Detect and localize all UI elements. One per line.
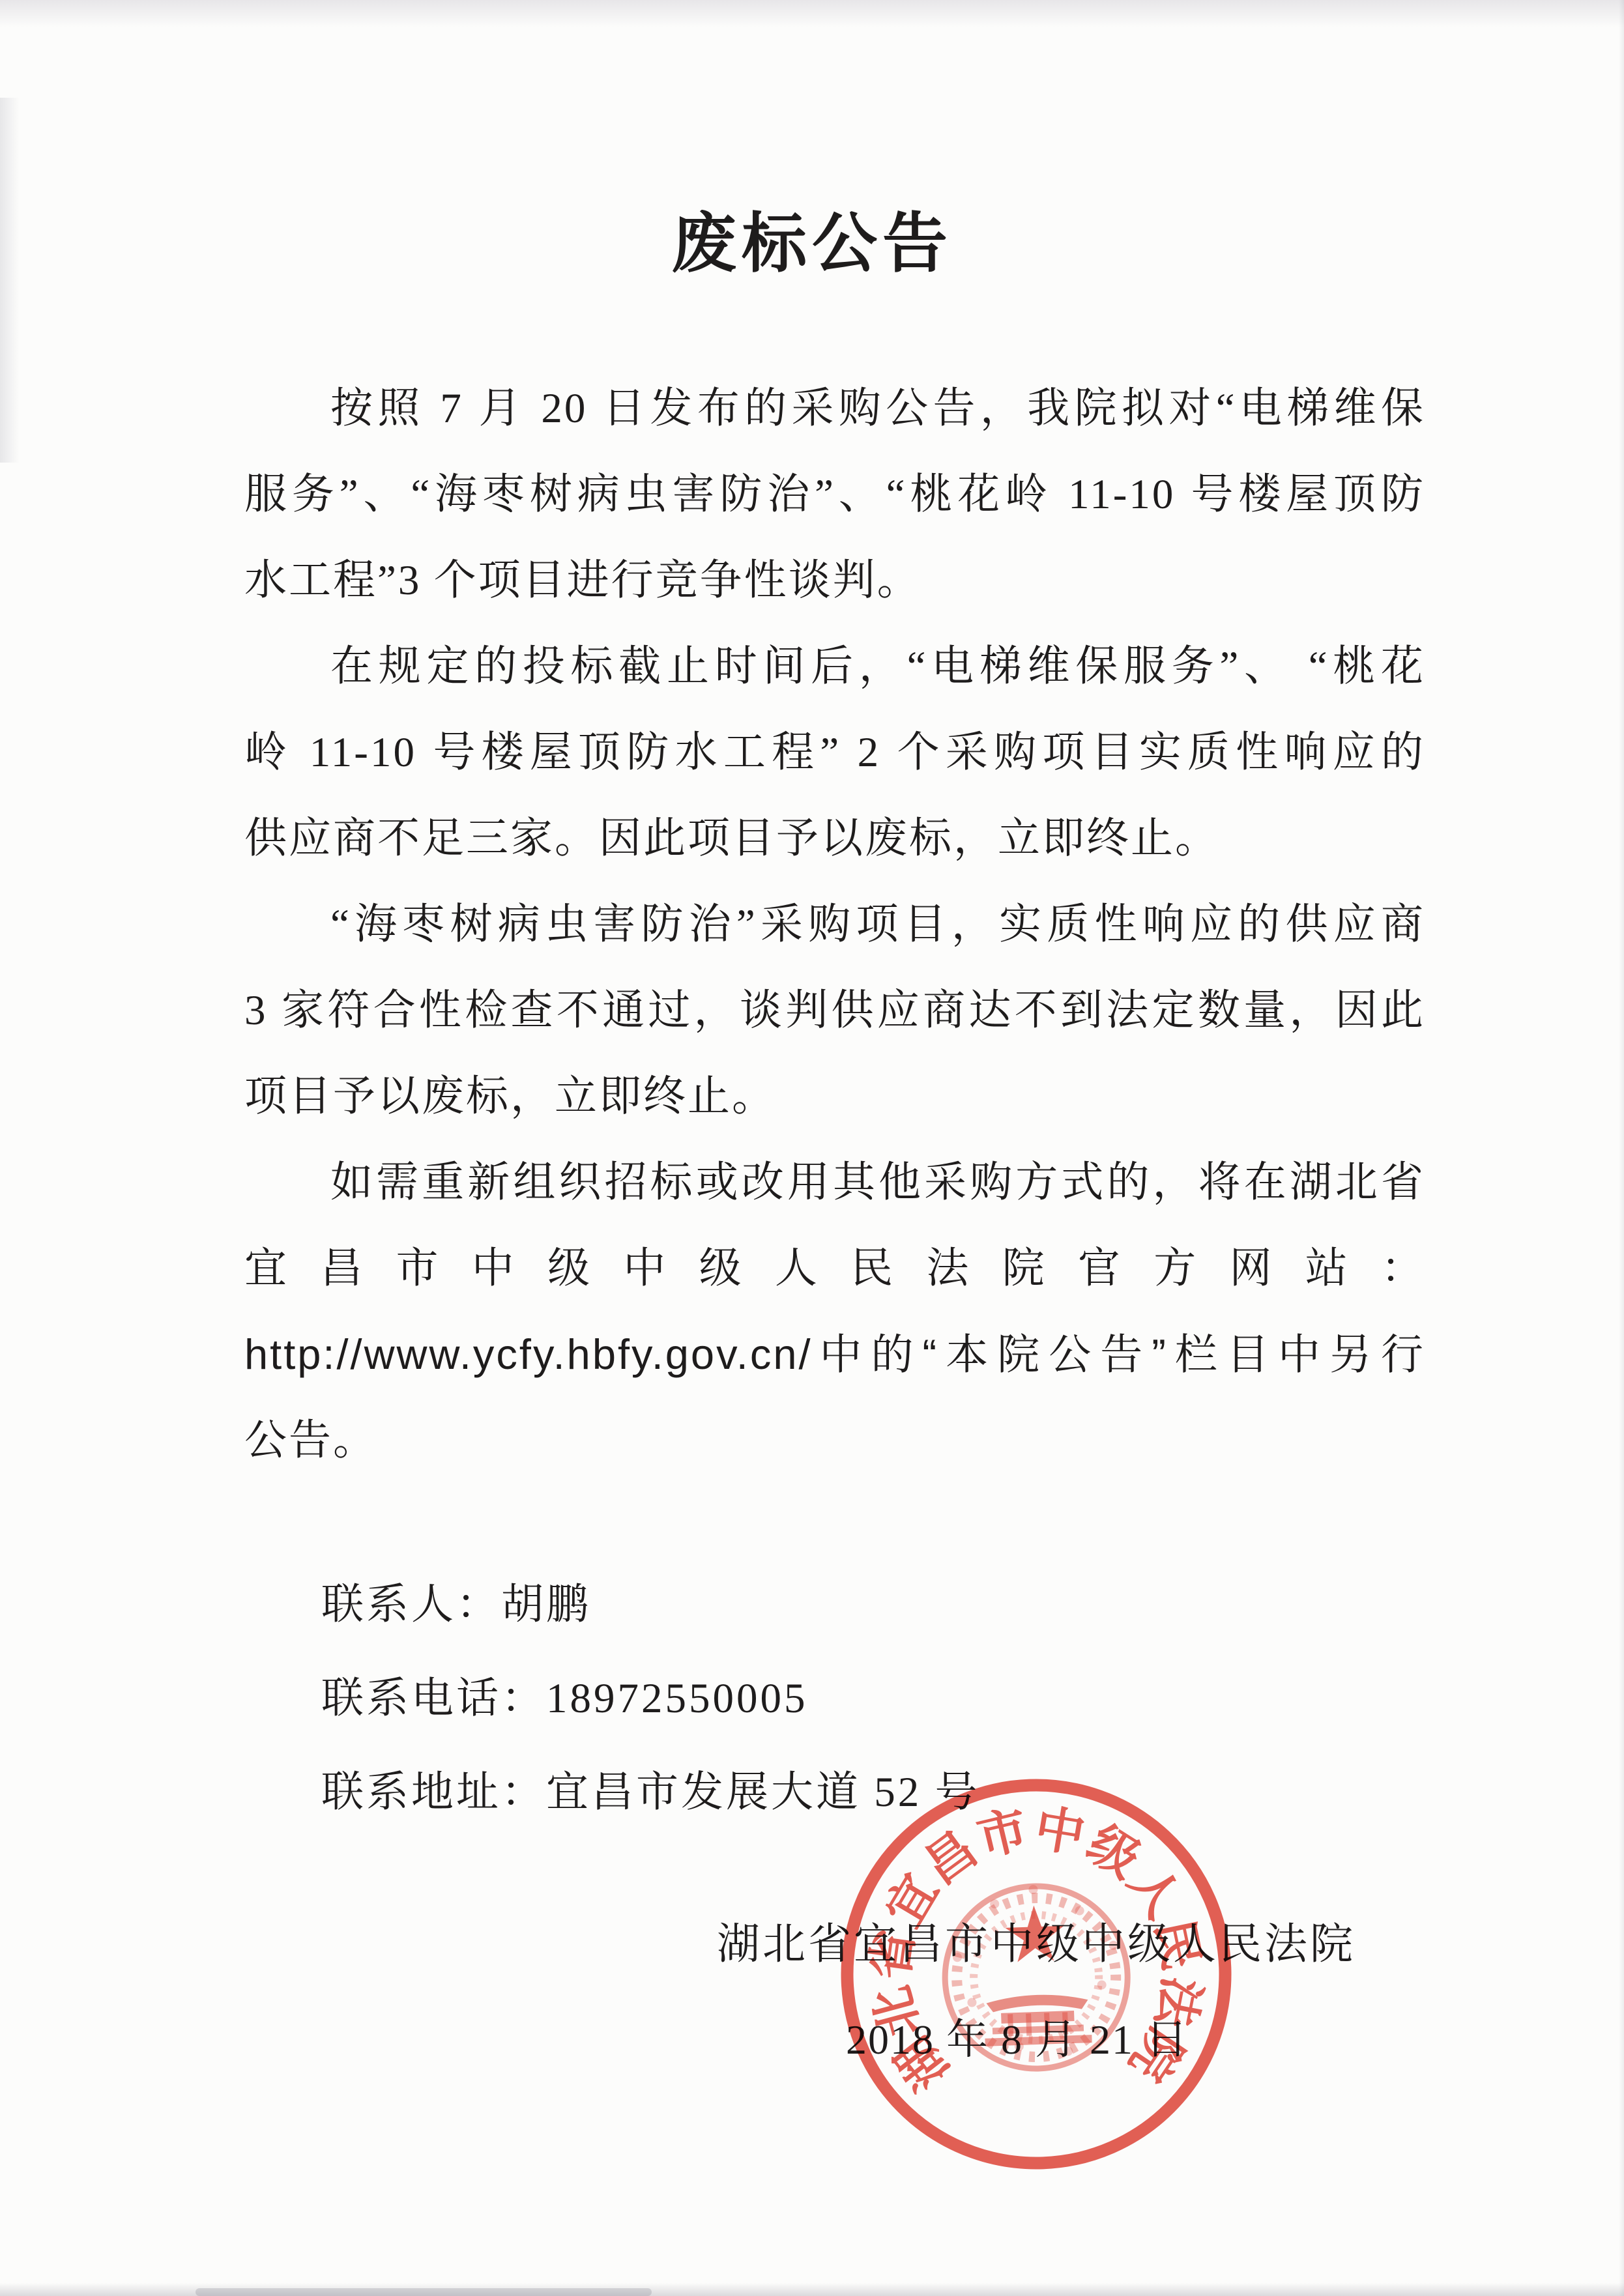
body-line: 水工程”3 个项目进行竞争性谈判。 [244,538,1425,624]
svg-text:省: 省 [863,1927,924,1983]
page-title: 废标公告 [0,202,1624,287]
scan-edge-right [1619,0,1624,2296]
official-seal: 湖北省宜昌市中级人民法院 [820,1758,1252,2190]
body-line-url: http://www.ycfy.hbfy.gov.cn/中的“本院公告”栏目中另… [244,1312,1425,1398]
body-line: 如需重新组织招标或改用其他采购方式的，将在湖北省 [244,1140,1425,1226]
svg-text:民: 民 [1145,1915,1209,1975]
contact-phone: 联系电话：18972550005 [321,1652,1364,1745]
svg-text:法: 法 [1146,1972,1209,2032]
body-line: 按照 7 月 20 日发布的采购公告，我院拟对“电梯维保 [244,366,1425,452]
svg-text:市: 市 [972,1801,1033,1866]
body-line: 在规定的投标截止时间后，“电梯维保服务”、 “桃花 [244,624,1425,710]
scan-blotch-bottom [196,2288,652,2296]
body-line: 服务”、“海枣树病虫害防治”、“桃花岭 11-10 号楼屋顶防 [244,452,1425,538]
svg-text:中: 中 [1031,1801,1089,1863]
contact-person: 联系人：胡鹏 [321,1558,1364,1652]
body-line: 宜昌市中级中级人民法院官方网站： [244,1226,1425,1312]
body-line: 公告。 [244,1398,1425,1484]
body-line: 3 家符合性检查不通过，谈判供应商达不到法定数量，因此 [244,968,1425,1054]
document-body: 按照 7 月 20 日发布的采购公告，我院拟对“电梯维保 服务”、“海枣树病虫害… [244,366,1425,1484]
body-line: 供应商不足三家。因此项目予以废标，立即终止。 [244,796,1425,882]
svg-text:院: 院 [1119,2019,1192,2091]
scanned-document-page: 废标公告 按照 7 月 20 日发布的采购公告，我院拟对“电梯维保 服务”、“海… [0,0,1624,2296]
body-line: “海枣树病虫害防治”采购项目，实质性响应的供应商 [244,882,1425,968]
body-line: 岭 11-10 号楼屋顶防水工程” 2 个采购项目实质性响应的 [244,710,1425,796]
body-line: 项目予以废标，立即终止。 [244,1054,1425,1140]
svg-text:北: 北 [864,1981,930,2043]
scan-noise-top [0,0,1624,27]
